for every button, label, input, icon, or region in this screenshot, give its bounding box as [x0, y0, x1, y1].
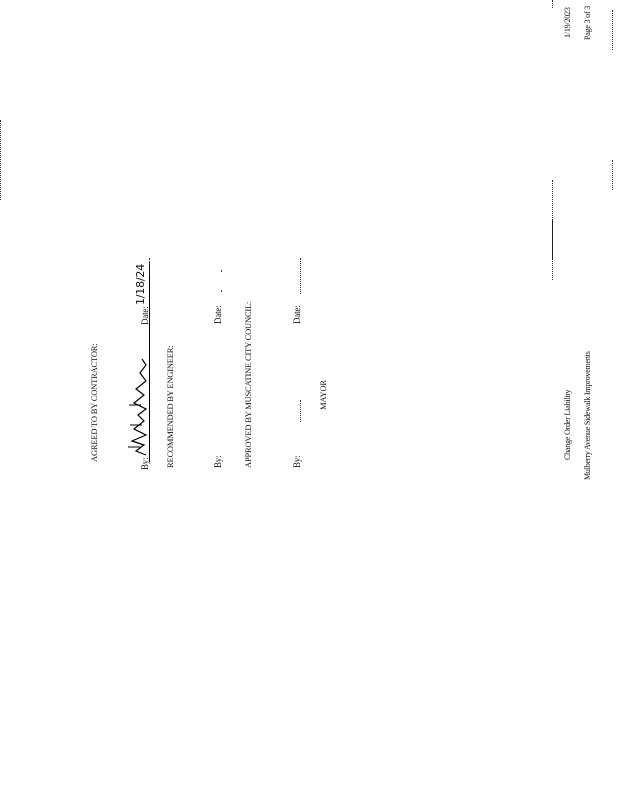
- date-line-dots: [149, 258, 150, 276]
- engineer-date-label: Date:: [213, 306, 223, 325]
- council-date-label: Date:: [292, 306, 302, 325]
- speck: [221, 270, 222, 272]
- speck: [221, 290, 222, 292]
- scan-artifact: [612, 160, 613, 190]
- recommended-by-engineer-heading: RECOMMENDED BY ENGINEER:: [165, 346, 175, 468]
- contractor-signature: [126, 355, 148, 465]
- footer-date: 1/19/2023: [563, 7, 573, 38]
- scan-artifact: [0, 120, 1, 200]
- contractor-date-line: [149, 276, 150, 310]
- footer-page-number: Page 3 of 3: [583, 6, 593, 40]
- council-signature-line: [300, 400, 301, 422]
- scan-artifact: [552, 220, 553, 260]
- footer-title: Change Order Liability: [563, 390, 573, 460]
- scan-artifact: [612, 10, 613, 50]
- council-by-label: By:: [292, 456, 302, 468]
- approved-by-council-heading: APPROVED BY MUSCATINE CITY COUNCIL:: [243, 302, 253, 468]
- footer-project-name: Mulberry Avenue Sidewalk Improvements: [583, 351, 593, 480]
- mayor-label: MAYOR: [318, 380, 328, 410]
- council-date-line: [300, 258, 301, 294]
- scan-artifact: [552, 0, 553, 8]
- agreed-by-contractor-heading: AGREED TO BY CONTRACTOR:: [89, 344, 99, 462]
- engineer-by-label: By:: [213, 456, 223, 468]
- contractor-date-value: 1/18/24: [136, 264, 146, 305]
